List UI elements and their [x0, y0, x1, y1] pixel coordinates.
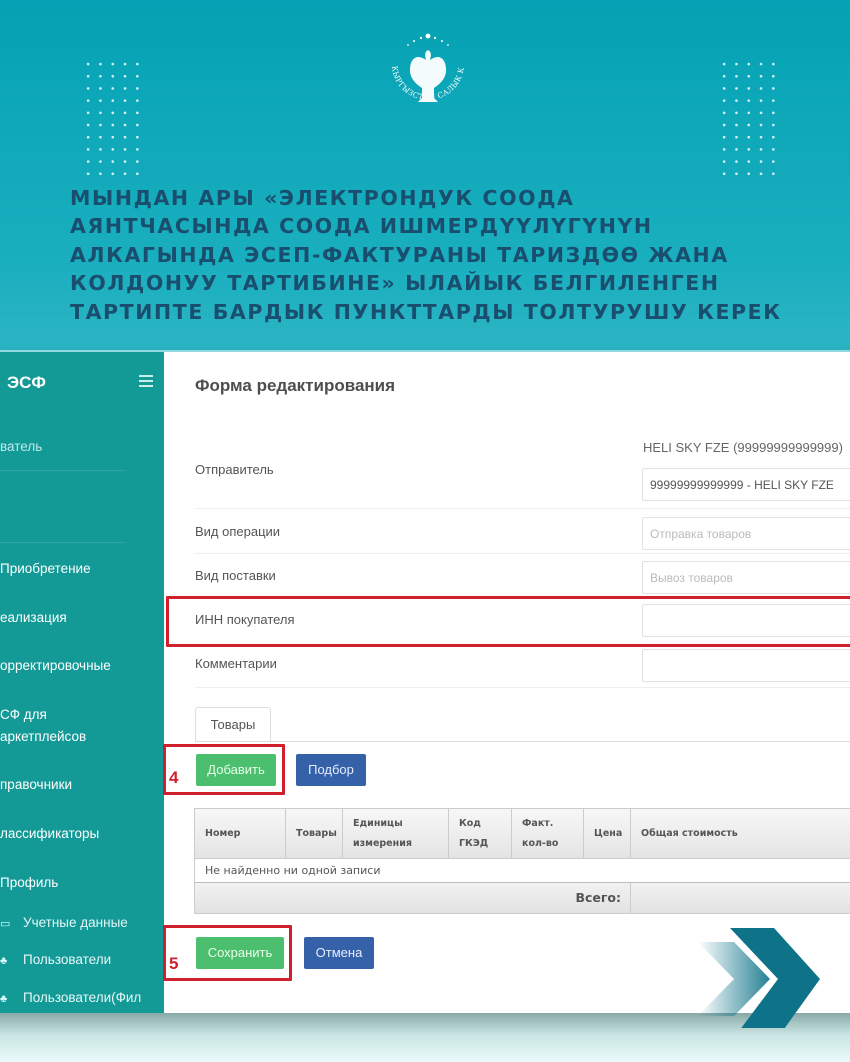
sidebar-subitem-label: Пользователи(Фил: [23, 990, 141, 1005]
sidebar-subitem-users[interactable]: ♣Пользователи: [0, 950, 111, 971]
divider: [195, 508, 850, 509]
dot-pattern-right: [718, 58, 782, 176]
sidebar-item-classifiers[interactable]: лассификаторы: [0, 823, 99, 845]
comments-label: Комментарии: [195, 656, 277, 671]
sender-name: HELI SKY FZE (99999999999999): [643, 440, 843, 455]
users-icon: ♣: [0, 989, 18, 1009]
screenshot-panel: ЭСФ ватель Приобретение еализация оррект…: [0, 350, 850, 1013]
divider: [195, 687, 850, 688]
table-footer: Всего:: [195, 883, 850, 913]
column-header[interactable]: Товары: [286, 809, 343, 858]
sidebar-subitem-label: Учетные данные: [23, 915, 128, 930]
headline-line: АЛКАГЫНДА ЭСЕП-ФАКТУРАНЫ ТАРИЗДӨӨ ЖАНА: [70, 241, 830, 269]
sidebar-item-purchase[interactable]: Приобретение: [0, 558, 91, 580]
comments-input[interactable]: [642, 649, 850, 682]
sidebar-subitem-credentials[interactable]: ▭Учетные данные: [0, 913, 128, 934]
cancel-button[interactable]: Отмена: [304, 937, 374, 969]
total-label: Всего:: [195, 883, 631, 913]
sidebar-subitem-branch-users[interactable]: ♣Пользователи(Фил: [0, 988, 141, 1009]
sidebar: ЭСФ ватель Приобретение еализация оррект…: [0, 352, 164, 1013]
sidebar-user: ватель: [0, 439, 42, 454]
headline-line: АЯНТЧАСЫНДА СООДА ИШМЕРДҮҮЛҮГҮНҮН: [70, 212, 830, 240]
delivery-type-field[interactable]: Вывоз товаров: [642, 561, 850, 594]
goods-table: Номер Товары Единицы измерения Код ГКЭД …: [194, 808, 850, 914]
headline-line: КОЛДОНУУ ТАРТИБИНЕ» ЫЛАЙЫК БЕЛГИЛЕНГЕН: [70, 269, 830, 297]
sender-label: Отправитель: [195, 462, 274, 477]
sidebar-item-corrections[interactable]: орректировочные: [0, 655, 111, 677]
sidebar-item-label: СФ для: [0, 704, 86, 726]
highlight-buyer-inn: [166, 596, 850, 647]
hamburger-icon[interactable]: [139, 375, 153, 388]
column-header[interactable]: Цена: [584, 809, 631, 858]
main-content: Форма редактирования HELI SKY FZE (99999…: [164, 352, 850, 1013]
column-header[interactable]: Общая стоимость: [631, 809, 850, 858]
empty-message: Не найденно ни одной записи: [195, 859, 850, 883]
brand-logo: ЭСФ: [7, 373, 46, 393]
headline-line: МЫНДАН АРЫ «ЭЛЕКТРОНДУК СООДА: [70, 184, 830, 212]
eagle-emblem-icon: КЫРГЫЗСТАН САЛЫК КЫЗМАТЫ: [378, 24, 478, 122]
column-header[interactable]: Код ГКЭД: [449, 809, 512, 858]
table-header: Номер Товары Единицы измерения Код ГКЭД …: [195, 809, 850, 859]
highlight-save-button: [163, 925, 292, 981]
divider: [0, 542, 125, 543]
card-icon: ▭: [0, 914, 18, 934]
sidebar-item-marketplaces[interactable]: СФ для аркетплейсов: [0, 704, 86, 748]
column-header[interactable]: Факт. кол-во: [512, 809, 584, 858]
operation-type-label: Вид операции: [195, 524, 280, 539]
column-header[interactable]: Номер: [195, 809, 286, 858]
step-number: 5: [169, 954, 178, 974]
operation-type-field[interactable]: Отправка товаров: [642, 517, 850, 550]
page-title: Форма редактирования: [195, 376, 395, 396]
highlight-add-button: [163, 744, 285, 795]
sidebar-subitem-label: Пользователи: [23, 952, 111, 967]
sidebar-item-label: аркетплейсов: [0, 726, 86, 748]
headline-line: ТАРТИПТЕ БАРДЫК ПУНКТТАРДЫ ТОЛТУРУШУ КЕР…: [70, 298, 830, 326]
dot-pattern-left: [82, 58, 146, 176]
column-header[interactable]: Единицы измерения: [343, 809, 449, 858]
step-number: 4: [169, 768, 178, 788]
sender-select[interactable]: 99999999999999 - HELI SKY FZE: [642, 468, 850, 501]
delivery-type-label: Вид поставки: [195, 568, 276, 583]
tab-goods[interactable]: Товары: [195, 707, 271, 742]
sidebar-item-references[interactable]: правочники: [0, 774, 72, 796]
sidebar-item-sales[interactable]: еализация: [0, 607, 67, 629]
chevron-right-icon: [696, 928, 826, 1028]
sidebar-item-profile[interactable]: Профиль: [0, 872, 58, 894]
divider: [195, 553, 850, 554]
tab-divider: [195, 741, 850, 742]
users-icon: ♣: [0, 951, 18, 971]
headline: МЫНДАН АРЫ «ЭЛЕКТРОНДУК СООДА АЯНТЧАСЫНД…: [70, 184, 830, 326]
banner: КЫРГЫЗСТАН САЛЫК КЫЗМАТЫ МЫНДАН АРЫ «ЭЛЕ…: [0, 0, 850, 345]
select-button[interactable]: Подбор: [296, 754, 366, 786]
divider: [0, 470, 125, 471]
